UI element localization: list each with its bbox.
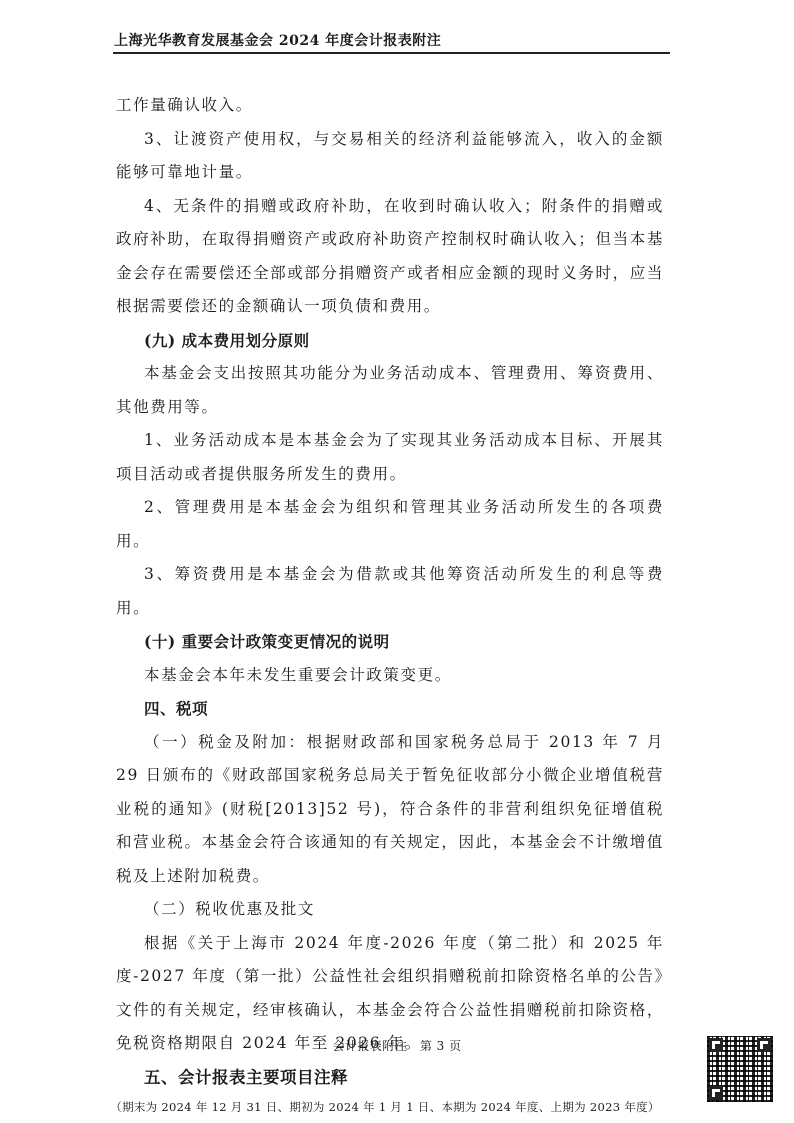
paragraph: 3、筹资费用是本基金会为借款或其他筹资活动所发生的利息等费用。 [116,558,664,625]
paragraph: （一）税金及附加：根据财政部和国家税务总局于 2013 年 7 月 29 日颁布… [116,726,664,894]
qr-code-icon [705,1034,775,1104]
paragraph: 4、无条件的捐赠或政府补助，在收到时确认收入；附条件的捐赠或政府补助，在取得捐赠… [116,190,664,324]
section-heading: 四、税项 [116,692,664,726]
paragraph: 2、管理费用是本基金会为组织和管理其业务活动所发生的各项费用。 [116,491,664,558]
document-header-title: 上海光华教育发展基金会 2024 年度会计报表附注 [114,30,670,50]
section-heading: (九) 成本费用划分原则 [116,324,664,358]
qr-finder-icon [709,1038,723,1052]
paragraph: 本基金会支出按照其功能分为业务活动成本、管理费用、筹资费用、其他费用等。 [116,357,664,424]
paragraph: 工作量确认收入。 [116,89,664,123]
section-heading: 五、会计报表主要项目注释 [116,1061,664,1095]
qr-finder-icon [757,1038,771,1052]
paragraph: 1、业务活动成本是本基金会为了实现其业务活动成本目标、开展其项目活动或者提供服务… [116,424,664,491]
qr-finder-icon [709,1086,723,1100]
page-footer: 会计报表附注 第 3 页 [0,1037,794,1054]
paragraph: 3、让渡资产使用权，与交易相关的经济利益能够流入，收入的金额能够可靠地计量。 [116,123,664,190]
section-heading: (十) 重要会计政策变更情况的说明 [116,625,664,659]
header-divider [113,52,670,54]
document-body: 工作量确认收入。 3、让渡资产使用权，与交易相关的经济利益能够流入，收入的金额能… [116,89,664,1118]
period-note: （期末为 2024 年 12 月 31 日、期初为 2024 年 1 月 1 日… [106,1096,664,1118]
paragraph: （二）税收优惠及批文 [116,893,664,927]
paragraph: 本基金会本年未发生重要会计政策变更。 [116,659,664,693]
